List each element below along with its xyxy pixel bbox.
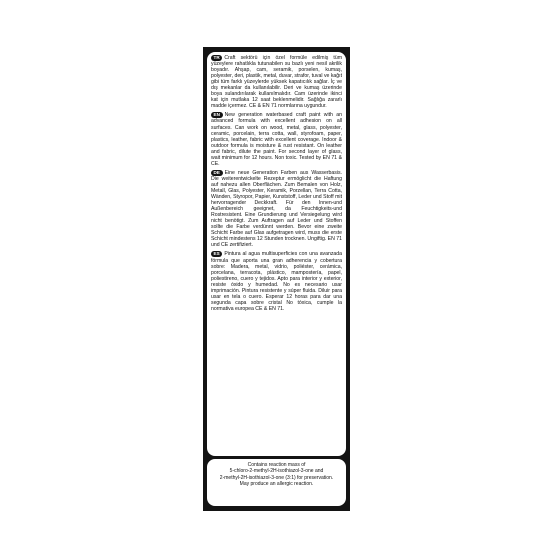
product-label-image: TRCraft sektörü için özel formüle edilmi… (0, 0, 554, 554)
label-frame: TRCraft sektörü için özel formüle edilmi… (203, 47, 350, 511)
description-text-en: New generation waterbased craft paint wi… (211, 112, 342, 166)
description-text-de: Eine neue Generation Farben aus Wasserba… (211, 170, 342, 249)
warning-line-4: May produce an allergic reaction. (210, 481, 343, 487)
lang-section-es: ESPintura al agua multisuperficies con u… (211, 251, 342, 311)
lang-section-de: DEEine neue Generation Farben aus Wasser… (211, 170, 342, 249)
allergen-warning-panel: Contains reaction mass of 5-chloro-2-met… (207, 459, 346, 506)
description-text-es: Pintura al agua multisuperficies con una… (211, 251, 342, 311)
multilingual-description-panel: TRCraft sektörü için özel formüle edilmi… (207, 52, 346, 456)
lang-section-tr: TRCraft sektörü için özel formüle edilmi… (211, 55, 342, 109)
lang-section-en: ENNew generation waterbased craft paint … (211, 112, 342, 166)
warning-line-2: 5-chloro-2-methyl-2H-isothiazol-3-one an… (210, 468, 343, 474)
description-text-tr: Craft sektörü için özel formüle edilmiş … (211, 55, 342, 109)
